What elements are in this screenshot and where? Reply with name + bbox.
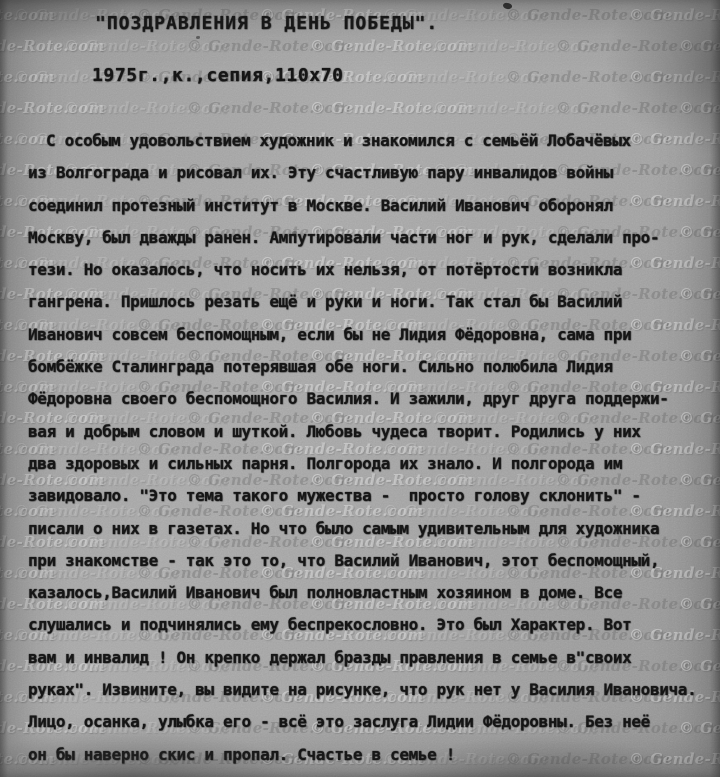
watermark-text: © Gende-Rote.com	[629, 6, 720, 24]
text-line: вам и инвалид ! Он крепко держал бразды …	[28, 642, 720, 674]
watermark-text: © Gende-Rote.com	[629, 68, 720, 86]
document-title: "ПОЗДРАВЛЕНИЯ В ДЕНЬ ПОБЕДЫ".	[95, 13, 438, 34]
watermark-text: © Gende-Rote.com	[556, 99, 720, 117]
text-line: бомбёжке Сталинграда потерявшая обе ноги…	[28, 351, 720, 383]
watermark-text: © Gende-Rote.com	[506, 68, 670, 86]
ink-speck	[196, 36, 200, 39]
watermark-text: © Gende-Rote.com	[0, 99, 105, 117]
watermark-text: © Gende-Rote.com	[556, 37, 720, 55]
watermark-text: © Gende-Rote.com	[64, 99, 228, 117]
text-line: тези. Но оказалось, что носить их нельзя…	[28, 254, 720, 286]
text-line: С особым удовольствием художник и знаком…	[28, 125, 720, 157]
watermark-text: © Gende-Rote.com	[433, 37, 597, 55]
watermark-text: © Gende-Rote.com	[0, 6, 55, 24]
watermark-text: © Gende-Rote.com	[310, 99, 474, 117]
watermark-text: © Gende-Rote.com	[310, 37, 474, 55]
typewritten-body: С особым удовольствием художник и знаком…	[28, 125, 720, 771]
scanned-document-page: © Gende-Rote.com© Gende-Rote.com© Gende-…	[0, 0, 720, 777]
text-line: казалось,Василий Иванович был полновласт…	[28, 577, 720, 609]
text-line: писали о них в газетах. Но что было самы…	[28, 513, 720, 545]
text-line: Москву, был дважды ранен. Ампутировали ч…	[28, 222, 720, 254]
text-line: руках". Извините, вы видите на рисунке, …	[28, 674, 720, 706]
text-line: два здоровых и сильных парня. Полгорода …	[28, 448, 720, 480]
watermark-text: © Gende-Rote.com	[679, 37, 720, 55]
watermark-text: © Gende-Rote.com	[187, 99, 351, 117]
watermark-text: © Gende-Rote.com	[383, 68, 547, 86]
watermark-text: © Gende-Rote.com	[64, 37, 228, 55]
watermark-text: © Gende-Rote.com	[0, 37, 105, 55]
text-line: гангрена. Пришлось резать ещё и руки и н…	[28, 286, 720, 318]
text-line: Иванович совсем беспомощным, если бы не …	[28, 319, 720, 351]
watermark-text: © Gende-Rote.com	[506, 6, 670, 24]
text-line: Фёдоровна своего беспомощного Василия. И…	[28, 383, 720, 415]
ink-speck	[502, 2, 512, 10]
text-line: при знакомстве - так это то, что Василий…	[28, 545, 720, 577]
text-line: он бы наверно скис и пропал. Счастье в с…	[28, 739, 720, 771]
text-line: слушались и подчинялись ему беспрекослов…	[28, 609, 720, 641]
watermark-text: © Gende-Rote.com	[679, 99, 720, 117]
text-line: завидовало. "Это тема такого мужества - …	[28, 480, 720, 512]
text-line: вая и добрым словом и шуткой. Любовь чуд…	[28, 416, 720, 448]
watermark-text: © Gende-Rote.com	[187, 37, 351, 55]
document-meta-line: 1975г.,к.,сепия,110х70	[92, 65, 344, 86]
text-line: соединил протезный институт в Москве. Ва…	[28, 190, 720, 222]
watermark-text: © Gende-Rote.com	[0, 68, 55, 86]
text-line: из Волгограда и рисовал их. Эту счастлив…	[28, 157, 720, 189]
watermark-text: © Gende-Rote.com	[433, 99, 597, 117]
text-line: Лицо, осанка, улыбка его - всё это заслу…	[28, 706, 720, 738]
